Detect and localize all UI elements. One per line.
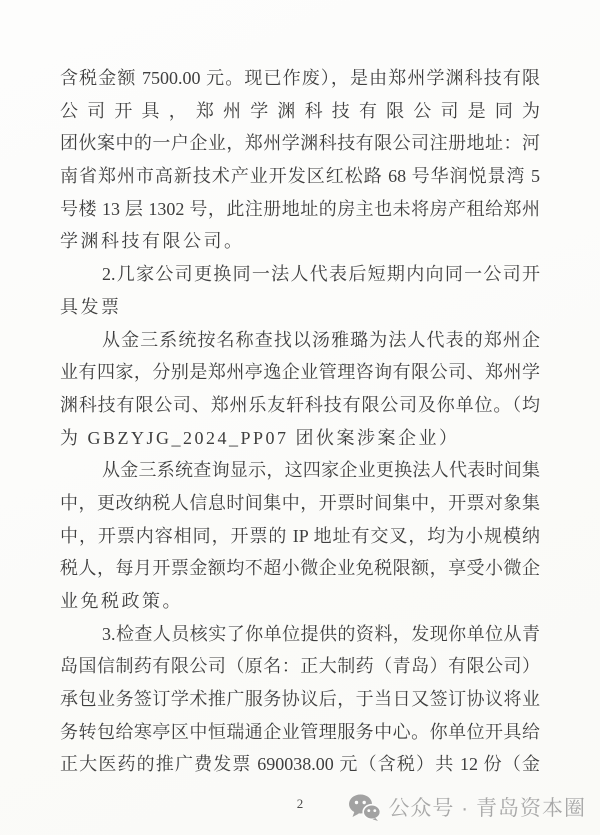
wechat-icon xyxy=(348,794,380,821)
text-line: 团伙案中的一户企业，郑州学渊科技有限公司注册地址：河 xyxy=(60,127,540,160)
text-line: 南省郑州市高新技术产业开发区红松路 68 号华润悦景湾 5 xyxy=(60,160,540,193)
text-line: 从金三系统查询显示，这四家企业更换法人代表时间集 xyxy=(60,454,540,487)
text-line: 号楼 13 层 1302 号，此注册地址的房主也未将房产租给郑州 xyxy=(60,193,540,226)
text-line: 务转包给寒亭区中恒瑞通企业管理服务中心。你单位开具给 xyxy=(60,716,540,749)
text-line: 2.几家公司更换同一法人代表后短期内向同一公司开 xyxy=(60,258,540,291)
text-line: 业免税政策。 xyxy=(60,585,540,618)
text-line: 从金三系统按名称查找以汤雅璐为法人代表的郑州企 xyxy=(60,324,540,357)
text-line: 含税金额 7500.00 元。现已作废），是由郑州学渊科技有限 xyxy=(60,62,540,95)
text-line: 公司开具，郑州学渊科技有限公司是同为 GBZYJG_2024_PP07 xyxy=(60,95,540,128)
text-line: 3.检查人员核实了你单位提供的资料，发现你单位从青 xyxy=(60,618,540,651)
text-line: 中，开票内容相同，开票的 IP 地址有交叉，均为小规模纳 xyxy=(60,520,540,553)
watermark-label: 公众号 · 青岛资本圈 xyxy=(388,792,586,822)
document-body: 含税金额 7500.00 元。现已作废），是由郑州学渊科技有限公司开具，郑州学渊… xyxy=(60,62,540,781)
text-line: 具发票 xyxy=(60,291,540,324)
text-line: 岛国信制药有限公司（原名：正大制药（青岛）有限公司） xyxy=(60,650,540,683)
text-line: 业有四家，分别是郑州亭逸企业管理咨询有限公司、郑州学 xyxy=(60,356,540,389)
text-line: 中，更改纳税人信息时间集中，开票时间集中，开票对象集 xyxy=(60,487,540,520)
text-line: 税人，每月开票金额均不超小微企业免税限额，享受小微企 xyxy=(60,552,540,585)
text-line: 正大医药的推广费发票 690038.00 元（含税）共 12 份（金 xyxy=(60,748,540,781)
text-line: 为 GBZYJG_2024_PP07 团伙案涉案企业） xyxy=(60,422,540,455)
text-line: 渊科技有限公司、郑州乐友轩科技有限公司及你单位。（均 xyxy=(60,389,540,422)
watermark: 公众号 · 青岛资本圈 xyxy=(348,792,586,822)
text-line: 承包业务签订学术推广服务协议后，于当日又签订协议将业 xyxy=(60,683,540,716)
document-page: 含税金额 7500.00 元。现已作废），是由郑州学渊科技有限公司开具，郑州学渊… xyxy=(0,0,600,835)
text-line: 学渊科技有限公司。 xyxy=(60,225,540,258)
